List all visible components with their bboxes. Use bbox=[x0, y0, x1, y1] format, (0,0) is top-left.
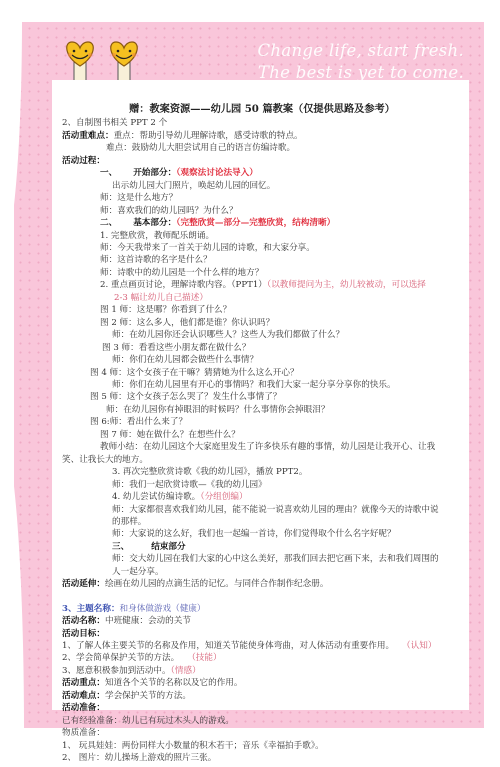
text-line: 师：今天我带来了一首关于幼儿园的诗歌，和大家分享。 bbox=[62, 242, 462, 254]
text-line: 图 6:师：看出什么来了？ bbox=[62, 416, 462, 428]
text-line: 的那样。 bbox=[62, 516, 462, 528]
text-line: 图 1 师：这是哪？你看到了什么？ bbox=[62, 304, 462, 316]
text-line: 师：诗歌中的幼儿园是一个什么样的地方？ bbox=[62, 267, 462, 279]
text-line: 图 3 师：看看这些小朋友都在做什么？ bbox=[62, 342, 462, 354]
text-line: 1、 玩具娃娃：两份同样大小数量的积木若干；音乐《幸福拍手歌》。 bbox=[62, 740, 462, 752]
text-line: 活动重难点：重点：帮助引导幼儿理解诗歌，感受诗歌的特点。 bbox=[62, 130, 462, 142]
text-line: 笑、让我长大的地方。 bbox=[62, 454, 462, 466]
text-line: 活动准备： bbox=[62, 702, 462, 714]
text-line: 师：这首诗歌的名字是什么？ bbox=[62, 254, 462, 266]
text-line: 图 7 师：她在做什么？在想些什么？ bbox=[62, 429, 462, 441]
lesson-plan-text: 赠：教案资源——幼儿园 50 篇教案（仅提供思路及参考） 2、自制图书相关 PP… bbox=[62, 103, 462, 765]
text-line: 活动目标： bbox=[62, 628, 462, 640]
spacer bbox=[62, 591, 462, 603]
text-line: 师：在幼儿园你还会认识哪些人？这些人为我们都做了什么？ bbox=[62, 329, 462, 341]
text-line: 出示幼儿园大门照片，唤起幼儿园的回忆。 bbox=[62, 180, 462, 192]
section-heading: 二、基本部分：（完整欣赏—部分—完整欣赏，结构清晰） bbox=[62, 217, 462, 229]
text-line: 1、了解人体主要关节的名称及作用，知道关节能使身体弯曲，对人体活动有重要作用。（… bbox=[62, 640, 462, 652]
text-line: 师：交大幼儿园在我们大家的心中这么美好，那我们回去把它画下来，去和我们周围的 bbox=[62, 553, 462, 565]
section-heading: 三、结束部分 bbox=[62, 541, 462, 553]
document-title: 赠：教案资源——幼儿园 50 篇教案（仅提供思路及参考） bbox=[62, 103, 462, 115]
text-line: 1. 完整欣赏，教师配乐朗诵。 bbox=[62, 230, 462, 242]
text-line: 已有经验准备：幼儿已有玩过木头人的游戏。 bbox=[62, 715, 462, 727]
text-line: 活动过程： bbox=[62, 155, 462, 167]
smiley-heart-pin-icon bbox=[62, 40, 98, 82]
text-line: 师：这是什么地方？ bbox=[62, 192, 462, 204]
text-line: 师：大家说的这么好，我们也一起编一首诗，你们觉得取个什么名字好呢？ bbox=[62, 528, 462, 540]
slogan: Change life, start fresh. The best is ye… bbox=[258, 40, 465, 84]
text-line: 图 2 师：这么多人，他们都是谁？你认识吗？ bbox=[62, 317, 462, 329]
text-line: 师：你们在幼儿园都会做些什么事情？ bbox=[62, 354, 462, 366]
text-line: 3. 再次完整欣赏诗歌《我的幼儿园》，播放 PPT2。 bbox=[62, 466, 462, 478]
text-line: 师：你们在幼儿园里有开心的事情吗？和我们大家一起分享分享你的快乐。 bbox=[62, 379, 462, 391]
hearts-decoration bbox=[62, 40, 152, 82]
smiley-heart-pin-icon bbox=[106, 40, 142, 82]
text-line: 师：大家都很喜欢我们幼儿园，能不能说一说喜欢幼儿园的理由？就像今天的诗歌中说 bbox=[62, 504, 462, 516]
text-line: 2、 图片：幼儿操场上游戏的照片三张。 bbox=[62, 752, 462, 764]
slogan-line-1: Change life, start fresh. bbox=[258, 40, 465, 62]
text-line: 难点：鼓励幼儿大胆尝试用自己的语言仿编诗歌。 bbox=[62, 142, 462, 154]
text-line: 2. 重点画页讨论，理解诗歌内容。（PPT1）（以教师提问为主，幼儿较被动，可以… bbox=[62, 279, 462, 291]
theme-line: 3、主题名称：和身体做游戏（健康） bbox=[62, 603, 462, 615]
text-line: 3、愿意积极参加到活动中。（情感） bbox=[62, 665, 462, 677]
text-line: 图 4 师：这个女孩子在干嘛？猜猜她为什么这么开心？ bbox=[62, 367, 462, 379]
text-line: 活动名称：中班健康：会动的关节 bbox=[62, 615, 462, 627]
text-line: 物质准备： bbox=[62, 727, 462, 739]
text-line: 2、学会简单保护关节的方法。（技能） bbox=[62, 652, 462, 664]
text-line: 师：喜欢我们的幼儿园吗？为什么？ bbox=[62, 205, 462, 217]
text-line: 活动难点：学会保护关节的方法。 bbox=[62, 690, 462, 702]
text-line: 师：我们一起欣赏诗歌—《我的幼儿园》 bbox=[62, 479, 462, 491]
text-line: 活动延伸：绘画在幼儿园的点滴生活的记忆。与同伴合作制作纪念册。 bbox=[62, 578, 462, 590]
text-line: 教师小结：在幼儿园这个大家庭里发生了许多快乐有趣的事情，幼儿园是让我开心、让我 bbox=[62, 441, 462, 453]
text-line: 活动重点：知道各个关节的名称以及它的作用。 bbox=[62, 677, 462, 689]
text-line: 2-3 幅让幼儿自己描述） bbox=[62, 292, 462, 304]
text-line: 师：在幼儿园你有掉眼泪的时候吗？什么事情你会掉眼泪？ bbox=[62, 404, 462, 416]
text-line: 2、自制图书相关 PPT 2 个 bbox=[62, 117, 462, 129]
text-line: 人一起分享。 bbox=[62, 566, 462, 578]
text-line: 图 5 师：这个女孩子怎么哭了？发生什么事情了？ bbox=[62, 391, 462, 403]
section-heading: 一、开始部分：（观察法讨论法导入） bbox=[62, 167, 462, 179]
text-line: 4. 幼儿尝试仿编诗歌。（分组创编） bbox=[62, 491, 462, 503]
